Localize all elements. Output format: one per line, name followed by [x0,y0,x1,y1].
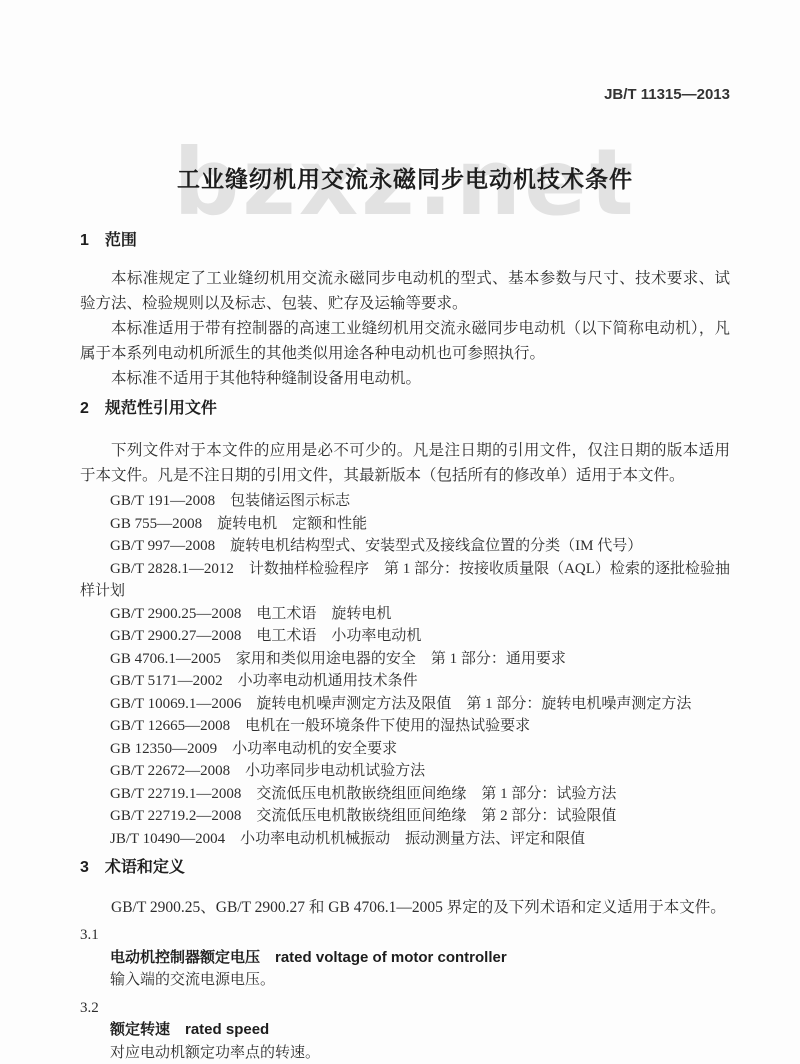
clause-3-heading: 3 术语和定义 [80,858,730,878]
reference-item: GB/T 22672—2008 小功率同步电动机试验方法 [80,760,730,783]
reference-item: GB/T 191—2008 包装储运图示标志 [80,490,730,513]
document-title: 工业缝纫机用交流永磁同步电动机技术条件 [80,163,730,195]
reference-item: GB/T 22719.1—2008 交流低压电机散嵌绕组匝间绝缘 第 1 部分：… [80,783,730,806]
term-name: 额定转速 rated speed [80,1019,730,1042]
clause-1-paragraph: 本标准不适用于其他特种缝制设备用电动机。 [80,366,730,391]
term-definition: 输入端的交流电源电压。 [80,969,730,992]
title-area: bzxz.net 工业缝纫机用交流永磁同步电动机技术条件 [80,163,730,195]
term-entry: 3.2 额定转速 rated speed 对应电动机额定功率点的转速。 [80,997,730,1064]
reference-item: GB/T 2900.27—2008 电工术语 小功率电动机 [80,625,730,648]
reference-item: GB 755—2008 旋转电机 定额和性能 [80,513,730,536]
document-page: JB/T 11315—2013 bzxz.net 工业缝纫机用交流永磁同步电动机… [0,0,800,1064]
reference-item: GB/T 5171—2002 小功率电动机通用技术条件 [80,670,730,693]
clause-1-paragraph: 本标准适用于带有控制器的高速工业缝纫机用交流永磁同步电动机（以下简称电动机），凡… [80,316,730,366]
term-entry: 3.1 电动机控制器额定电压 rated voltage of motor co… [80,924,730,992]
reference-item: GB/T 2828.1—2012 计数抽样检验程序 第 1 部分：按接收质量限（… [80,558,730,603]
clause-1-paragraph: 本标准规定了工业缝纫机用交流永磁同步电动机的型式、基本参数与尺寸、技术要求、试验… [80,266,730,316]
reference-list: GB/T 191—2008 包装储运图示标志 GB 755—2008 旋转电机 … [80,490,730,850]
reference-item: GB/T 22719.2—2008 交流低压电机散嵌绕组匝间绝缘 第 2 部分：… [80,805,730,828]
clause-2-heading: 2 规范性引用文件 [80,399,730,419]
reference-item: JB/T 10490—2004 小功率电动机机械振动 振动测量方法、评定和限值 [80,828,730,851]
clause-2-intro: 下列文件对于本文件的应用是必不可少的。凡是注日期的引用文件，仅注日期的版本适用于… [80,438,730,488]
term-name: 电动机控制器额定电压 rated voltage of motor contro… [80,947,730,970]
clause-1-body: 本标准规定了工业缝纫机用交流永磁同步电动机的型式、基本参数与尺寸、技术要求、试验… [80,266,730,391]
reference-item: GB 12350—2009 小功率电动机的安全要求 [80,738,730,761]
reference-item: GB/T 12665—2008 电机在一般环境条件下使用的湿热试验要求 [80,715,730,738]
reference-item: GB/T 10069.1—2006 旋转电机噪声测定方法及限值 第 1 部分：旋… [80,693,730,716]
term-definition: 对应电动机额定功率点的转速。 [80,1042,730,1064]
term-number: 3.2 [80,997,730,1020]
clause-3-intro: GB/T 2900.25、GB/T 2900.27 和 GB 4706.1—20… [80,896,730,919]
standard-code: JB/T 11315—2013 [80,86,730,104]
reference-item: GB 4706.1—2005 家用和类似用途电器的安全 第 1 部分：通用要求 [80,648,730,671]
reference-item: GB/T 997—2008 旋转电机结构型式、安装型式及接线盒位置的分类（IM … [80,535,730,558]
term-number: 3.1 [80,924,730,947]
reference-item: GB/T 2900.25—2008 电工术语 旋转电机 [80,603,730,626]
